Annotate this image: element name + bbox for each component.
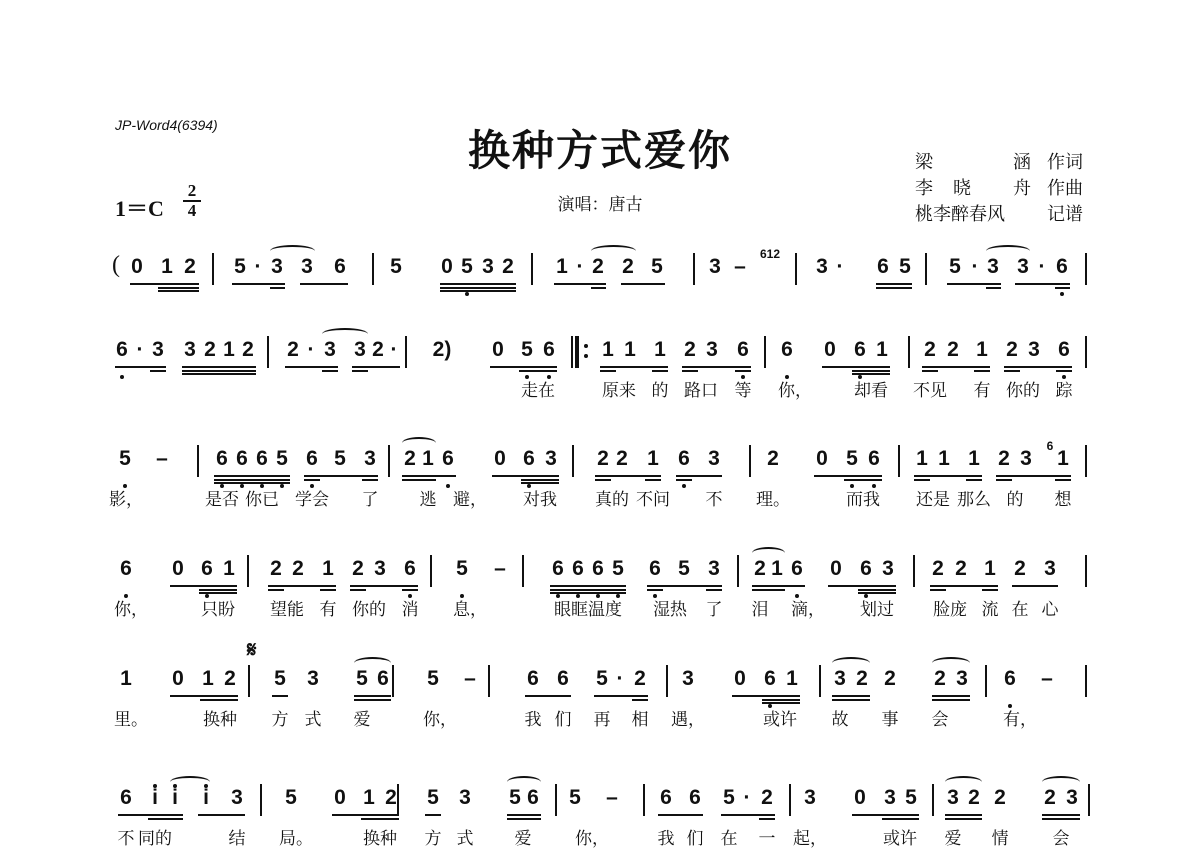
beam-underline [682,366,751,368]
octave-dot-below [446,484,450,488]
note: · [308,338,315,362]
sustain-dash: – [494,557,506,581]
beam-underline [832,695,870,697]
beam-underline [425,814,441,816]
note: 5 [651,255,663,279]
lyric-text: 影， [109,485,143,510]
lyric-text: 换种 [363,824,397,849]
beam-underline [507,814,541,816]
barline [764,336,766,368]
grace-note: 6 [1047,439,1054,453]
beam-underline [158,287,199,289]
beam-underline [402,589,418,591]
lyric-text: 了 [362,485,379,510]
beam-underline [320,589,336,591]
beam-underline [658,814,703,816]
beam-underline [706,589,722,591]
beam-underline [930,585,998,587]
lyric-text: 里。 [114,705,148,730]
note: 6 [592,557,604,581]
lyric-text: 还是 [916,485,950,510]
beam-underline [621,283,665,285]
lyric-text: 有， [1003,705,1037,730]
time-signature-bottom: 4 [183,203,201,219]
lyric-text: 你已 [245,485,279,510]
sustain-dash: – [1041,667,1053,691]
beam-underline [182,370,256,372]
lyric-text: 们 [555,705,572,730]
beam-underline [170,585,237,587]
barline [555,784,557,816]
note: 6 [120,557,132,581]
composer-role: 作曲 [1047,176,1083,202]
note: 2 [242,338,254,362]
credit-transcriber: 桃李醉春风 记谱 [915,202,1083,228]
lyric-text: 等 [735,376,752,401]
tie-slur [322,328,368,340]
lyric-text: 流 [982,595,999,620]
barline [749,445,751,477]
note: 2) [433,338,452,362]
lyric-text: 结 [229,824,246,849]
tie-slur [170,776,210,788]
note: 6 [572,557,584,581]
octave-dot-below [682,484,686,488]
barline [388,445,390,477]
lyric-text: 划过 [860,595,894,620]
lyric-text: 对我 [523,485,557,510]
lyric-text: 或许 [763,705,797,730]
note: 6 [523,447,535,471]
tie-slur [354,657,391,669]
beam-underline [118,814,183,816]
barline [819,665,821,697]
beam-underline [352,366,400,368]
beam-underline [645,479,661,481]
beam-underline [285,366,338,368]
note: 3 [374,557,386,581]
barline [795,253,797,285]
note: 1 [202,667,214,691]
beam-underline [974,370,990,372]
beam-underline [362,479,378,481]
beam-underline [268,589,284,591]
note: 3 [1028,338,1040,362]
note: 1 [422,447,434,471]
octave-dot-below [280,484,284,488]
lyric-text: 息， [453,595,487,620]
beam-underline [947,283,1001,285]
note: 5 [569,786,581,810]
note: 5 [334,447,346,471]
lyric-text: 想 [1055,485,1072,510]
beam-underline [150,370,166,372]
beam-underline [914,475,982,477]
key-signature: 1＝C [115,192,164,223]
lyric-text: 会 [1053,824,1070,849]
note: 6 [1056,255,1068,279]
beam-underline [550,585,626,587]
beam-underline [682,370,698,372]
barline [267,336,269,368]
beam-underline [594,695,648,697]
barline [1088,784,1090,816]
note: 2 [292,557,304,581]
note: 1 [647,447,659,471]
note: 3 [804,786,816,810]
lyric-text: 爱 [515,824,532,849]
note: 6 [860,557,872,581]
beam-underline [945,814,982,816]
beam-underline [828,585,896,587]
lyric-text: 会 [932,705,949,730]
note: 5 [456,557,468,581]
note: 3 [816,255,828,279]
beam-underline [922,366,990,368]
note: 2 [372,338,384,362]
beam-underline [1012,585,1058,587]
note: 5 [846,447,858,471]
beam-underline [762,699,800,701]
note: 6 [1058,338,1070,362]
note: 3 [1066,786,1078,810]
note: 1 [223,338,235,362]
note: · [617,667,624,691]
beam-underline [268,585,336,587]
note: 2 [1044,786,1056,810]
lyric-text: 相 [632,705,649,730]
grace-note: 612 [760,247,780,261]
note: 3 [1044,557,1056,581]
lyric-text: 你的 [1006,376,1040,401]
barline [643,784,645,816]
lyric-text: 局。 [279,824,313,849]
note: 1 [786,667,798,691]
note: · [744,786,751,810]
barline [397,784,399,816]
lyric-text: 避， [453,485,487,510]
beam-underline [300,283,348,285]
note: 5 [390,255,402,279]
beam-underline [158,290,199,292]
lyric-text: 真的 [595,485,629,510]
beam-underline [182,373,256,375]
note: 1 [654,338,666,362]
beam-underline [858,589,896,591]
octave-dot-above [153,784,157,788]
note: 6 [1004,667,1016,691]
note: 5 [276,447,288,471]
lyric-text: 只盼 [201,595,235,620]
note: 5 [612,557,624,581]
barline [985,665,987,697]
note: 1 [624,338,636,362]
lyric-text: 逃 [420,485,437,510]
beam-underline [199,589,237,591]
lyric-text: 或许 [883,824,917,849]
octave-dot-below [120,375,124,379]
note: 0 [172,667,184,691]
note: 6 [557,667,569,691]
repeat-thin-bar [571,336,573,368]
lyric-text: 是否 [205,485,239,510]
lyric-text: 我 [658,824,675,849]
note: 6 [334,255,346,279]
note: 6 [877,255,889,279]
note: i [203,786,209,810]
lyric-text: 有 [974,376,991,401]
beam-underline [1004,366,1072,368]
note: 6 [116,338,128,362]
lyric-text: 原来 [602,376,636,401]
note: 1 [1057,447,1069,471]
lyric-text: 的 [652,376,669,401]
note: i [172,786,178,810]
note: · [137,338,144,362]
note: 3 [324,338,336,362]
beam-underline [214,482,290,484]
lyric-text: 走在 [521,376,555,401]
lyric-text: 在 [721,824,738,849]
barline [488,665,490,697]
composer-name-2: 晓 [953,176,971,202]
note: 6 [527,786,539,810]
beam-underline [752,585,805,587]
note: 2 [204,338,216,362]
note: 1 [120,667,132,691]
beam-underline [1055,287,1070,289]
note: 0 [854,786,866,810]
note: 3 [184,338,196,362]
note: 2 [767,447,779,471]
note: 6 [660,786,672,810]
lyric-text: 而我 [846,485,880,510]
lyric-text: 你的 [352,595,386,620]
note: 5 [723,786,735,810]
lyric-text: 路口 [684,376,718,401]
beam-underline [272,695,288,697]
note: 2 [947,338,959,362]
time-signature-top: 2 [183,183,201,199]
beam-underline [996,475,1071,477]
beam-underline [554,283,606,285]
note: 0 [830,557,842,581]
barline [260,784,262,816]
lyric-text: 在 [1012,595,1029,620]
note: 5 [949,255,961,279]
note: 6 [543,338,555,362]
beam-underline [922,370,938,372]
tie-slur [932,657,970,669]
beam-underline [595,475,661,477]
tie-slur [832,657,870,669]
beam-underline [647,589,663,591]
note: 2 [968,786,980,810]
barline [908,336,910,368]
barline [925,253,927,285]
note: 3 [987,255,999,279]
note: 1 [161,255,173,279]
note: 6 [201,557,213,581]
beam-underline [852,370,890,372]
note: 3 [956,667,968,691]
lyric-text: 那么 [957,485,991,510]
note: 3 [834,667,846,691]
beam-underline [732,695,800,697]
beam-underline [270,287,285,289]
note: 2 [502,255,514,279]
note: 0 [494,447,506,471]
barline [1085,336,1087,368]
lyric-text: 的 [1007,485,1024,510]
note: 1 [938,447,950,471]
tie-slur [945,776,982,788]
lyric-text: 不见 [913,376,947,401]
barline [737,555,739,587]
note: 0 [441,255,453,279]
lyric-text: 消 [402,595,419,620]
beam-underline [354,699,391,701]
note: 6 [854,338,866,362]
beam-underline [490,366,557,368]
note: 2 [1014,557,1026,581]
beam-underline [130,283,199,285]
note: i [152,786,158,810]
note: 2 [592,255,604,279]
lyric-text: 情 [992,824,1009,849]
note: 2 [761,786,773,810]
sustain-dash: – [734,255,746,279]
lyric-text: 方 [272,705,289,730]
repeat-thick-bar [575,336,579,368]
note: 2 [932,557,944,581]
note: 2 [994,786,1006,810]
tie-slur [591,245,636,257]
beam-underline [170,695,238,697]
lyric-text: 了 [706,595,723,620]
beam-underline [852,814,919,816]
lyric-text: 学会 [295,485,329,510]
beam-underline [322,370,338,372]
note: 2 [622,255,634,279]
beam-underline [350,585,418,587]
beam-underline [304,475,378,477]
tie-slur [752,547,785,559]
octave-dot-below [240,484,244,488]
note: 3 [709,255,721,279]
note: 3 [231,786,243,810]
note: 6 [689,786,701,810]
note: 5 [678,557,690,581]
beam-underline [986,287,1001,289]
beam-underline [332,814,399,816]
note: 6 [306,447,318,471]
lyric-text: 脸庞 [933,595,967,620]
lyric-text: 望能 [270,595,304,620]
beam-underline [115,366,166,368]
beam-underline [214,475,290,477]
composer-name-3: 舟 [1013,176,1031,202]
note: 3 [884,786,896,810]
barline [1085,555,1087,587]
intro-paren: ( [112,252,120,279]
barline [372,253,374,285]
credit-lyricist: 梁 涵 作词 [915,150,1083,176]
note: 6 [236,447,248,471]
note: 3 [271,255,283,279]
lyric-text: 你， [423,705,457,730]
lyricist-name-1: 梁 [915,150,933,176]
note: 6 [781,338,793,362]
beam-underline [402,475,456,477]
barline [1085,445,1087,477]
note: 0 [734,667,746,691]
beam-underline [752,589,785,591]
note: 6 [737,338,749,362]
repeat-dot-bottom [584,354,588,358]
note: · [577,255,584,279]
note: 3 [307,667,319,691]
barline [392,665,394,697]
beam-underline [1004,370,1020,372]
lyric-text: 泪 [752,595,769,620]
lyric-text: 我 [525,705,542,730]
beam-underline [844,479,882,481]
beam-underline [440,287,516,289]
tie-slur [270,245,315,257]
sustain-dash: – [156,447,168,471]
beam-underline [966,479,982,481]
lyric-text: 滴， [791,595,825,620]
segno-sign: 𝄋 [247,637,256,663]
transcriber-role: 记谱 [1047,202,1083,228]
note: 6 [868,447,880,471]
note: 3 [682,667,694,691]
beam-underline [882,818,919,820]
note: 3 [708,557,720,581]
note: 1 [322,557,334,581]
lyric-text: 们 [687,824,704,849]
note: 3 [545,447,557,471]
note: 5 [285,786,297,810]
beam-underline [735,370,751,372]
transcriber-name: 桃李醉春风 [915,202,1005,228]
note: 5 [356,667,368,691]
time-signature: 2 4 [183,183,201,219]
note: 0 [172,557,184,581]
lyric-text: 同的 [138,824,172,849]
credits: 梁 涵 作词 李 晓 舟 作曲 桃李醉春风 记谱 [915,150,1083,228]
note: 5 [274,667,286,691]
beam-underline [876,283,912,285]
beam-underline [350,589,366,591]
note: 2 [924,338,936,362]
note: 3 [708,447,720,471]
barline [212,253,214,285]
note: 3 [152,338,164,362]
credit-composer: 李 晓 舟 作曲 [915,176,1083,202]
note: 2 [270,557,282,581]
beam-underline [822,366,890,368]
lyric-text: 再 [594,705,611,730]
beam-underline [1042,818,1080,820]
beam-underline [932,695,970,697]
note: 0 [334,786,346,810]
beam-underline [200,699,238,701]
beam-underline [632,699,648,701]
note: 1 [771,557,783,581]
note: 6 [377,667,389,691]
